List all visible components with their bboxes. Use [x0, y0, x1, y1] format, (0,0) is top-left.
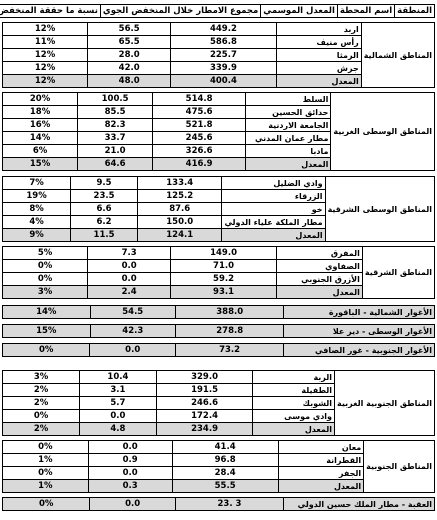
percent-cell: 3% — [3, 286, 88, 299]
rain-total-cell: 7.3 — [88, 247, 171, 260]
seasonal-average-cell: 28.4 — [172, 467, 278, 480]
percent-cell: 0% — [3, 498, 90, 511]
seasonal-average-cell: 59.2 — [171, 273, 277, 286]
percent-cell: 0% — [3, 273, 88, 286]
station-name-cell: الصفاوي — [276, 260, 362, 273]
rain-total-cell: 5.7 — [80, 397, 156, 410]
table-blocks: المناطق الشماليةاربد449.256.512%رأس منيف… — [2, 22, 435, 511]
station-row: المناطق الشماليةاربد449.256.512% — [3, 23, 435, 36]
station-name-cell: الربة — [253, 371, 335, 384]
rain-total-cell: 23.5 — [71, 190, 138, 203]
rain-total-cell: 48.0 — [88, 75, 171, 88]
seasonal-average-cell: 73.2 — [175, 344, 283, 357]
region-group-table: المناطق الشماليةاربد449.256.512%رأس منيف… — [2, 22, 435, 88]
percent-cell: 0% — [3, 441, 89, 454]
seasonal-average-cell: 339.9 — [171, 62, 276, 75]
seasonal-average-cell: 149.0 — [171, 247, 277, 260]
seasonal-average-cell: 96.8 — [172, 454, 278, 467]
region-group-table: المناطق الجنوبية الغربيةالربة329.010.43%… — [2, 370, 435, 436]
percent-cell: 12% — [3, 75, 88, 88]
seasonal-average-cell: 416.9 — [153, 158, 246, 171]
rain-total-cell: 10.4 — [80, 371, 156, 384]
percent-cell: 5% — [3, 247, 88, 260]
seasonal-average-cell: 124.1 — [137, 229, 221, 242]
summary-row-table: الأغوار الجنوبية - غور الصافي73.20.00% — [2, 343, 435, 357]
percent-cell: 0% — [3, 467, 89, 480]
station-row: المناطق الجنوبية الغربيةالربة329.010.43% — [3, 371, 435, 384]
station-name-cell: السلط — [246, 93, 331, 106]
percent-cell: 15% — [3, 325, 91, 338]
station-name-cell: مادبا — [246, 145, 331, 158]
seasonal-average-cell: 388.0 — [176, 306, 284, 319]
percent-cell: 20% — [3, 93, 78, 106]
percent-cell: 19% — [3, 190, 71, 203]
seasonal-average-cell: 172.4 — [156, 410, 253, 423]
seasonal-average-cell: 125.2 — [137, 190, 221, 203]
rain-total-column-header: مجموع الامطار خلال المنخفض الجوي — [100, 5, 260, 18]
percent-cell: 2% — [3, 423, 80, 436]
seasonal-average-cell: 245.6 — [153, 132, 246, 145]
seasonal-average-cell: 225.7 — [171, 49, 276, 62]
percent-cell: 16% — [3, 119, 78, 132]
region-column-header: المنطقة — [395, 5, 435, 18]
seasonal-average-cell: 586.8 — [171, 36, 276, 49]
percent-cell: 6% — [3, 145, 78, 158]
station-name-cell: رأس منيف — [276, 36, 361, 49]
seasonal-average-cell: 93.1 — [171, 286, 277, 299]
rain-total-cell: 0.0 — [90, 498, 175, 511]
station-name-cell: العقبة - مطار الملك حسين الدولي — [284, 498, 435, 511]
percent-cell: 0% — [3, 260, 88, 273]
station-name-cell: مطار عمان المدني — [246, 132, 331, 145]
rain-total-cell: 3.1 — [80, 384, 156, 397]
station-name-cell: وادي موسى — [253, 410, 335, 423]
header-table: المنطقة اسم المحطة المعدل الموسمي مجموع … — [0, 4, 435, 18]
region-name-cell: المناطق الجنوبية — [364, 441, 435, 493]
percent-cell: 12% — [3, 62, 88, 75]
rain-total-cell: 54.5 — [90, 306, 176, 319]
station-column-header: اسم المحطة — [337, 5, 394, 18]
percent-cell: 18% — [3, 106, 78, 119]
rain-total-cell: 0.0 — [88, 467, 172, 480]
percent-cell: 7% — [3, 177, 71, 190]
rain-total-cell: 2.4 — [88, 286, 171, 299]
station-name-cell: الزرقاء — [222, 190, 325, 203]
station-name-cell: الجامعة الاردنية — [246, 119, 331, 132]
rain-total-cell: 42.3 — [90, 325, 176, 338]
summary-row-table: العقبة - مطار الملك حسين الدولي23. 30.00… — [2, 497, 435, 511]
summary-row-table: الأغوار الشمالية - الباقورة388.054.514% — [2, 305, 435, 319]
seasonal-average-cell: 41.4 — [172, 441, 278, 454]
rain-total-cell: 33.7 — [78, 132, 153, 145]
station-name-cell: المعدل — [253, 423, 335, 436]
seasonal-average-cell: 326.6 — [153, 145, 246, 158]
rain-total-cell: 0.3 — [88, 480, 172, 493]
station-name-cell: الأغوار الشمالية - الباقورة — [284, 306, 435, 319]
rain-total-cell: 11.5 — [71, 229, 138, 242]
rain-total-cell: 0.0 — [88, 273, 171, 286]
station-row: المناطق الشرقيةالمفرق149.07.35% — [3, 247, 435, 260]
rain-total-cell: 64.6 — [78, 158, 153, 171]
percent-cell: 12% — [3, 49, 88, 62]
percent-cell: 4% — [3, 216, 71, 229]
percent-cell: 14% — [3, 306, 91, 319]
rain-total-cell: 42.0 — [88, 62, 171, 75]
percent-cell: 0% — [3, 410, 80, 423]
seasonal-average-cell: 87.6 — [137, 203, 221, 216]
rain-total-cell: 6.2 — [71, 216, 138, 229]
rain-total-cell: 56.5 — [88, 23, 171, 36]
seasonal-average-cell: 329.0 — [156, 371, 253, 384]
rainfall-report-page: المنطقة اسم المحطة المعدل الموسمي مجموع … — [0, 0, 437, 520]
rain-total-cell: 6.6 — [71, 203, 138, 216]
rain-total-cell: 0.0 — [88, 260, 171, 273]
percent-cell: 12% — [3, 23, 88, 36]
station-name-cell: المعدل — [222, 229, 325, 242]
rain-total-cell: 85.5 — [78, 106, 153, 119]
station-name-cell: المعدل — [246, 158, 331, 171]
summary-row: الأغوار الوسطى - دير علا278.842.315% — [3, 325, 435, 338]
percent-cell: 2% — [3, 384, 80, 397]
percent-cell: 1% — [3, 454, 89, 467]
station-name-cell: حدائق الحسين — [246, 106, 331, 119]
region-name-cell: المناطق الشمالية — [361, 23, 434, 88]
station-name-cell: المعدل — [276, 75, 361, 88]
seasonal-average-cell: 400.4 — [171, 75, 276, 88]
percent-cell: 2% — [3, 397, 80, 410]
percent-cell: 11% — [3, 36, 88, 49]
rain-total-cell: 0.9 — [88, 454, 172, 467]
station-name-cell: خو — [222, 203, 325, 216]
seasonal-average-cell: 133.4 — [137, 177, 221, 190]
percent-cell: 14% — [3, 132, 78, 145]
station-row: المناطق الوسطى الشرقيةوادي الضليل133.49.… — [3, 177, 435, 190]
rain-total-cell: 21.0 — [78, 145, 153, 158]
summary-row-table: الأغوار الوسطى - دير علا278.842.315% — [2, 324, 435, 338]
station-name-cell: الأزرق الجنوبي — [276, 273, 362, 286]
station-row: المناطق الوسطى الغربيةالسلط514.8100.520% — [3, 93, 435, 106]
rain-total-cell: 0.0 — [90, 344, 175, 357]
station-name-cell: المفرق — [276, 247, 362, 260]
region-name-cell: المناطق الجنوبية الغربية — [335, 371, 435, 436]
region-group-table: المناطق الوسطى الشرقيةوادي الضليل133.49.… — [2, 176, 435, 242]
station-name-cell: الأغوار الوسطى - دير علا — [284, 325, 435, 338]
region-group-table: المناطق الشرقيةالمفرق149.07.35%الصفاوي71… — [2, 246, 435, 299]
percent-cell: 1% — [3, 480, 89, 493]
region-name-cell: المناطق الشرقية — [362, 247, 434, 299]
seasonal-average-cell: 55.5 — [172, 480, 278, 493]
station-name-cell: اربد — [276, 23, 361, 36]
seasonal-average-cell: 23. 3 — [175, 498, 283, 511]
percent-cell: 3% — [3, 371, 80, 384]
seasonal-average-cell: 449.2 — [171, 23, 276, 36]
station-name-cell: الشوبك — [253, 397, 335, 410]
region-group-table: المناطق الجنوبيةمعان41.40.00%القطرانة96.… — [2, 440, 435, 493]
rain-total-cell: 0.0 — [80, 410, 156, 423]
seasonal-average-cell: 475.6 — [153, 106, 246, 119]
percent-cell: 9% — [3, 229, 71, 242]
rain-total-cell: 9.5 — [71, 177, 138, 190]
percent-cell: 8% — [3, 203, 71, 216]
seasonal-average-cell: 514.8 — [153, 93, 246, 106]
station-name-cell: الجفر — [278, 467, 363, 480]
region-name-cell: المناطق الوسطى الغربية — [331, 93, 435, 171]
summary-row: الأغوار الجنوبية - غور الصافي73.20.00% — [3, 344, 435, 357]
seasonal-average-cell: 191.5 — [156, 384, 253, 397]
seasonal-average-cell: 278.8 — [176, 325, 284, 338]
rain-total-cell: 82.3 — [78, 119, 153, 132]
seasonal-average-cell: 150.0 — [137, 216, 221, 229]
station-row: المناطق الجنوبيةمعان41.40.00% — [3, 441, 435, 454]
summary-row: العقبة - مطار الملك حسين الدولي23. 30.00… — [3, 498, 435, 511]
seasonal-average-column-header: المعدل الموسمي — [261, 5, 338, 18]
percent-cell: 0% — [3, 344, 90, 357]
station-name-cell: القطرانة — [278, 454, 363, 467]
station-name-cell: معان — [278, 441, 363, 454]
region-group-table: المناطق الوسطى الغربيةالسلط514.8100.520%… — [2, 92, 435, 171]
station-name-cell: المعدل — [278, 480, 363, 493]
seasonal-average-cell: 234.9 — [156, 423, 253, 436]
station-name-cell: وادي الضليل — [222, 177, 325, 190]
summary-row: الأغوار الشمالية - الباقورة388.054.514% — [3, 306, 435, 319]
percent-cell: 15% — [3, 158, 78, 171]
station-name-cell: الأغوار الجنوبية - غور الصافي — [284, 344, 435, 357]
station-name-cell: مطار الملكة علياء الدولي — [222, 216, 325, 229]
station-name-cell: المعدل — [276, 286, 362, 299]
seasonal-average-cell: 246.6 — [156, 397, 253, 410]
rain-total-cell: 0.0 — [88, 441, 172, 454]
seasonal-average-cell: 521.8 — [153, 119, 246, 132]
station-name-cell: جرش — [276, 62, 361, 75]
rain-total-cell: 100.5 — [78, 93, 153, 106]
seasonal-average-cell: 71.0 — [171, 260, 277, 273]
station-name-cell: الرمثا — [276, 49, 361, 62]
rain-total-cell: 28.0 — [88, 49, 171, 62]
rain-total-cell: 65.5 — [88, 36, 171, 49]
station-name-cell: الطفيلة — [253, 384, 335, 397]
percent-column-header: نسبة ما حققة المنخفض من المعدل الموسمي — [0, 5, 100, 18]
region-name-cell: المناطق الوسطى الشرقية — [325, 177, 434, 242]
header-row: المنطقة اسم المحطة المعدل الموسمي مجموع … — [0, 5, 435, 18]
rain-total-cell: 4.8 — [80, 423, 156, 436]
